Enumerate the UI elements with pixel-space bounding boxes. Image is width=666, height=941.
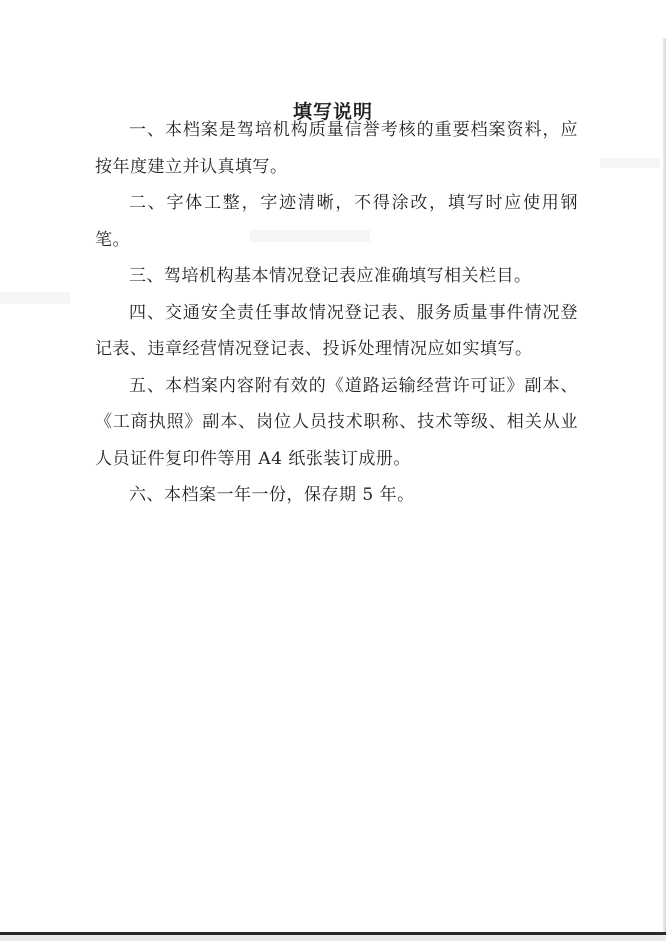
- bleed-through-mark: [0, 292, 70, 304]
- scan-bottom-strip: [0, 935, 666, 941]
- instruction-paragraph-1: 一、本档案是驾培机构质量信誉考核的重要档案资料，应按年度建立并认真填写。: [95, 112, 578, 185]
- instruction-paragraph-5: 五、本档案内容附有效的《道路运输经营许可证》副本、《工商执照》副本、岗位人员技术…: [95, 368, 578, 478]
- scanned-page: 填写说明 一、本档案是驾培机构质量信誉考核的重要档案资料，应按年度建立并认真填写…: [0, 0, 666, 941]
- instructions-body: 一、本档案是驾培机构质量信誉考核的重要档案资料，应按年度建立并认真填写。 二、字…: [95, 112, 578, 514]
- bleed-through-mark: [600, 158, 660, 168]
- instruction-paragraph-4: 四、交通安全责任事故情况登记表、服务质量事件情况登记表、违章经营情况登记表、投诉…: [95, 295, 578, 368]
- instruction-paragraph-2: 二、字体工整，字迹清晰，不得涂改，填写时应使用钢笔。: [95, 185, 578, 258]
- instruction-paragraph-3: 三、驾培机构基本情况登记表应准确填写相关栏目。: [95, 258, 578, 295]
- instruction-paragraph-6: 六、本档案一年一份，保存期 5 年。: [95, 477, 578, 514]
